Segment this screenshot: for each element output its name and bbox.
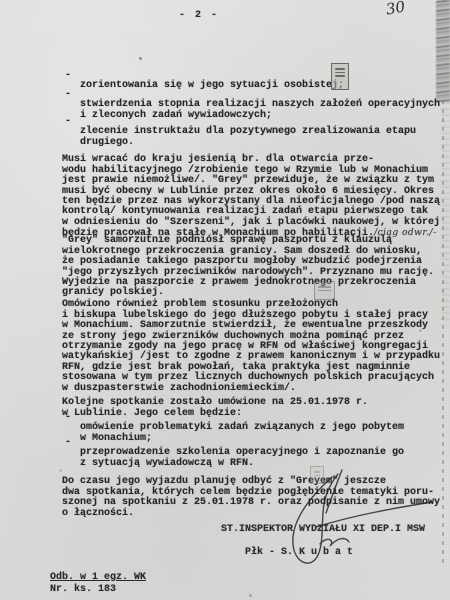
list-dash-icon: - — [65, 71, 71, 81]
paragraph: "Grey" samorzutnie podniósł sprawę paszp… — [62, 226, 450, 299]
scanned-document-page: - 2 - 30 -zorientowania się w jego sytua… — [0, 0, 450, 600]
signature-stroke — [316, 502, 432, 527]
stamp-text-smudge — [335, 75, 345, 77]
signature-stroke — [326, 470, 342, 513]
archive-stamp — [314, 281, 335, 300]
list-dash-icon: - — [65, 90, 71, 100]
handwritten-signature — [260, 465, 450, 575]
footer-copies-note: Odb. w 1 egz. WK — [50, 572, 146, 584]
page-number: - 2 - — [179, 10, 219, 21]
signature-loop — [293, 474, 338, 563]
stamp-text-smudge — [318, 286, 331, 288]
list-item: -zlecenie instruktażu dla pozytywnego zr… — [62, 117, 450, 148]
list-item: -zorientowania się w jego sytuacji osobi… — [62, 71, 450, 92]
footer-block: Odb. w 1 egz. WK Nr. ks. 183 — [50, 572, 146, 595]
list-dash-icon: - — [65, 413, 71, 423]
list-dash-icon: - — [65, 117, 71, 127]
footer-register-number: Nr. ks. 183 — [50, 584, 146, 596]
handwritten-page-number: 30 — [385, 0, 407, 18]
stamp-text-smudge — [335, 68, 345, 70]
stamp-text-smudge — [335, 72, 345, 74]
paragraph: Omówiono również problem stosunku przeło… — [62, 290, 450, 394]
paragraph-text: Omówiono również problem stosunku przeło… — [62, 299, 440, 393]
paper-speckles — [0, 0, 1, 1]
stamp-text-smudge — [318, 290, 331, 292]
paragraph-text: "Grey" samorzutnie podniósł sprawę paszp… — [62, 235, 434, 298]
signature-scribble — [320, 539, 349, 546]
archive-stamp — [331, 63, 349, 90]
list-dash-icon: - — [65, 438, 71, 448]
